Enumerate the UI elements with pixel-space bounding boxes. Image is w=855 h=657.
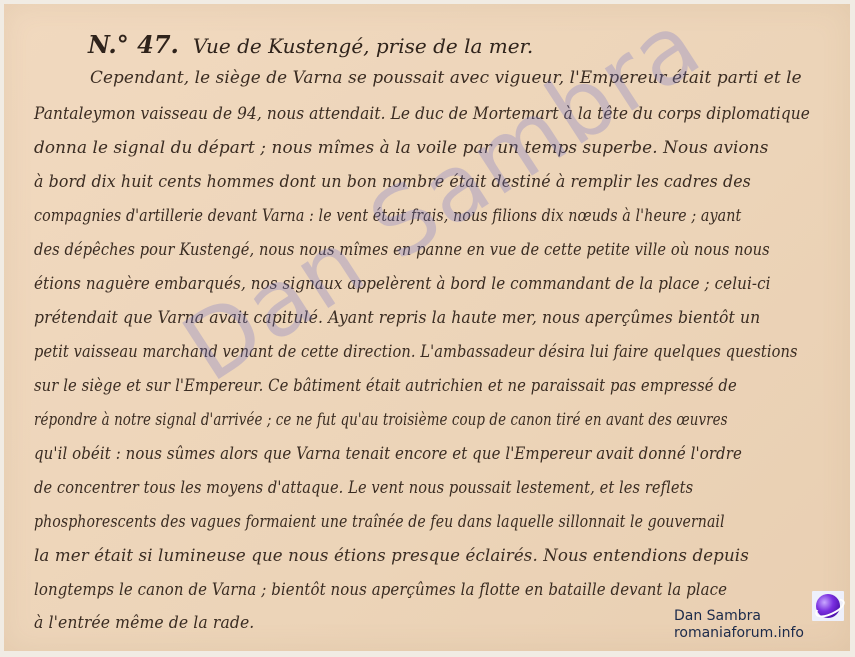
text-line: la mer était si lumineuse que nous étion… [34,546,749,566]
credit-site: romaniaforum.info [674,625,804,642]
title-number: N.° 47. [88,30,179,59]
purple-orb-logo-icon [812,591,844,621]
text-line: à bord dix huit cents hommes dont un bon… [34,172,751,192]
title-text: Vue de Kustengé, prise de la mer. [193,34,533,58]
text-line: répondre à notre signal d'arrivée ; ce n… [34,410,728,430]
text-line: Cependant, le siège de Varna se poussait… [90,68,802,88]
manuscript-page: N.° 47.Vue de Kustengé, prise de la mer.… [4,4,850,651]
text-line: des dépêches pour Kustengé, nous nous mî… [34,240,770,260]
text-line: prétendait que Varna avait capitulé. Aya… [34,308,760,328]
text-line: à l'entrée même de la rade. [34,613,254,633]
text-line: étions naguère embarqués, nos signaux ap… [34,274,771,294]
credit-block: Dan Sambra romaniaforum.info [674,608,804,642]
image-frame: N.° 47.Vue de Kustengé, prise de la mer.… [0,0,855,657]
text-line: phosphorescents des vagues formaient une… [34,512,725,532]
text-line: donna le signal du départ ; nous mîmes à… [34,138,768,158]
text-line: Pantaleymon vaisseau de 94, nous attenda… [34,104,810,124]
text-line: compagnies d'artillerie devant Varna : l… [34,206,741,226]
document-title: N.° 47.Vue de Kustengé, prise de la mer. [88,30,533,59]
text-line: longtemps le canon de Varna ; bientôt no… [34,580,727,600]
text-line: sur le siège et sur l'Empereur. Ce bâtim… [34,376,737,396]
text-line: qu'il obéit : nous sûmes alors que Varna… [34,444,742,464]
credit-name: Dan Sambra [674,608,804,625]
text-line: petit vaisseau marchand venant de cette … [34,342,798,362]
text-line: de concentrer tous les moyens d'attaque.… [34,478,693,498]
